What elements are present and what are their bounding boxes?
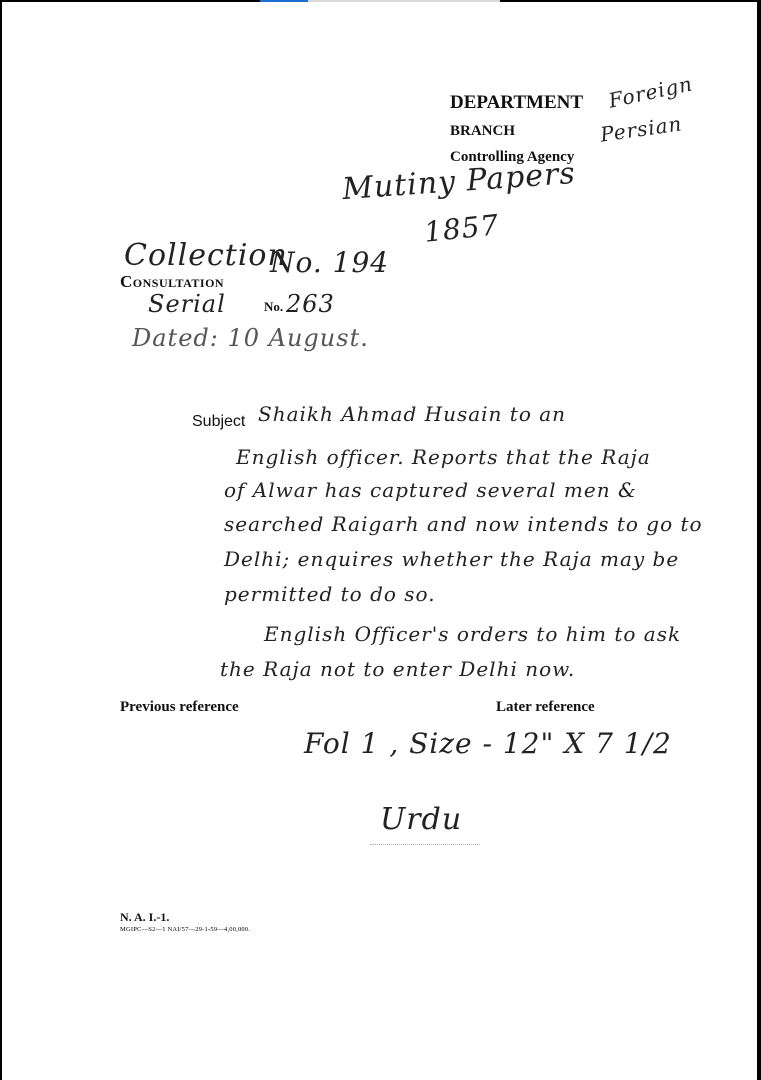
branch-label: BRANCH xyxy=(450,123,515,140)
volume-info: Fol 1 , Size - 12" X 7 1/2 xyxy=(304,727,672,760)
serial-number: 263 xyxy=(286,290,335,318)
print-code: MGIPC—S2—1 NAI/57—29-1-59—4,00,000. xyxy=(120,926,250,933)
language: Urdu xyxy=(380,802,462,837)
serial-label: Serial xyxy=(148,290,226,318)
serial-no-label: No. xyxy=(264,299,283,315)
subject-line: Shaikh Ahmad Husain to an xyxy=(258,402,566,426)
department-value: Foreign xyxy=(606,71,694,112)
subject-line: English officer. Reports that the Raja xyxy=(236,445,651,469)
collection-number: No. 194 xyxy=(270,246,389,279)
consultation-label: Consultation xyxy=(120,272,224,292)
dated: Dated: 10 August. xyxy=(132,324,369,352)
note-line: the Raja not to enter Delhi now. xyxy=(220,657,575,681)
subject-line: searched Raigarh and now intends to go t… xyxy=(224,512,703,536)
branch-value: Persian xyxy=(599,111,684,146)
subject-label: Subject xyxy=(192,413,245,431)
previous-reference-label: Previous reference xyxy=(120,699,239,716)
language-underline xyxy=(370,844,480,846)
subject-line: permitted to do so. xyxy=(224,582,436,606)
later-reference-label: Later reference xyxy=(496,699,595,716)
document-page: DEPARTMENT Foreign BRANCH Persian Contro… xyxy=(2,2,757,1080)
collection-year: 1857 xyxy=(422,208,500,249)
department-label: DEPARTMENT xyxy=(450,92,583,114)
note-line: English Officer's orders to him to ask xyxy=(264,622,681,646)
collection-label: Collection xyxy=(124,238,288,273)
subject-line: Delhi; enquires whether the Raja may be xyxy=(224,547,679,571)
collection-title: Mutiny Papers xyxy=(341,156,577,207)
subject-line: of Alwar has captured several men & xyxy=(224,478,637,502)
form-number: N. A. I.-1. xyxy=(120,910,169,925)
